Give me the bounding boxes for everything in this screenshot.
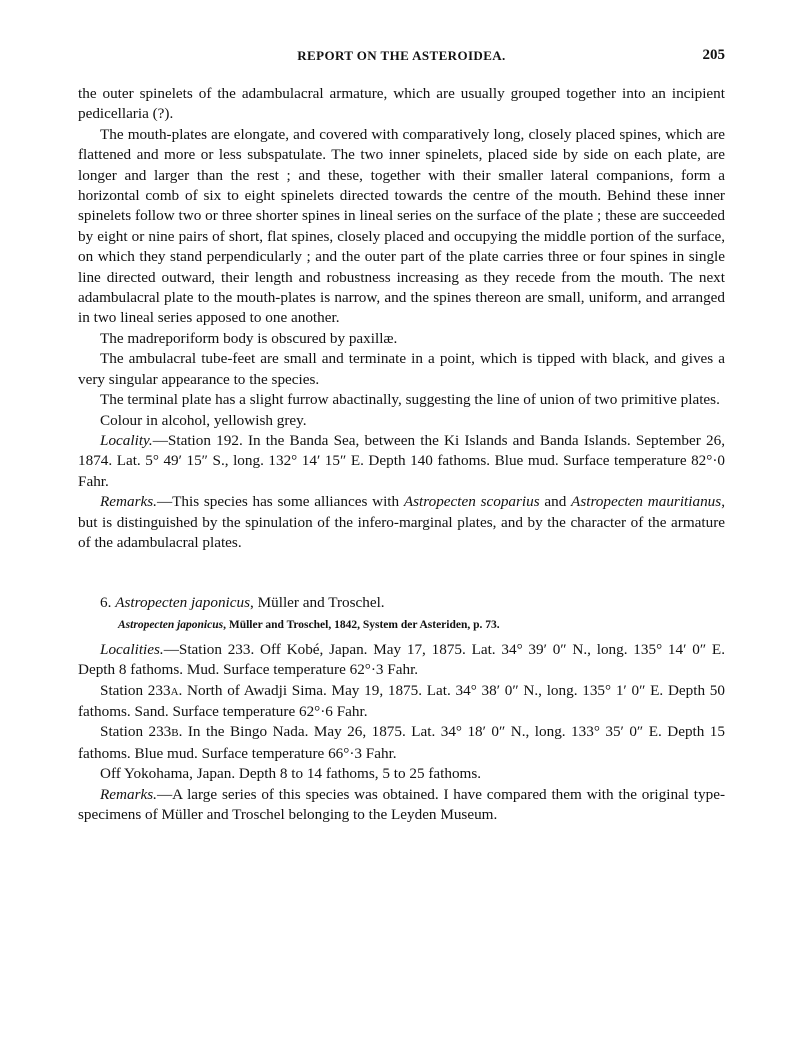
paragraph-terminal-plate: The terminal plate has a slight furrow a… <box>78 390 725 410</box>
species-number: 6. <box>100 594 111 611</box>
remarks-label: Remarks. <box>100 786 157 803</box>
paragraph-mouth-plates: The mouth-plates are elongate, and cover… <box>78 125 725 329</box>
species-title: Astropecten japonicus <box>115 594 250 611</box>
station-suffix: B <box>171 727 178 739</box>
locality-label: Locality. <box>100 432 153 449</box>
synonym-citation: , Müller and Troschel, 1842, System der … <box>223 619 500 631</box>
paragraph-remarks-japonicus: Remarks.—A large series of this species … <box>78 785 725 826</box>
station-233-text: —Station 233. Off Kobé, Japan. May 17, 1… <box>78 641 725 678</box>
running-title: REPORT ON THE ASTEROIDEA. <box>78 48 725 64</box>
running-header: REPORT ON THE ASTEROIDEA. 205 <box>78 48 725 68</box>
paragraph-madreporiform: The madreporiform body is obscured by pa… <box>78 329 725 349</box>
paragraph-continuation: the outer spinelets of the adambulacral … <box>78 84 725 125</box>
remarks-label: Remarks. <box>100 493 157 510</box>
species-heading: 6. Astropecten japonicus, Müller and Tro… <box>78 593 725 613</box>
station-suffix: A <box>171 686 179 698</box>
station-label: Station 233 <box>100 682 171 699</box>
species-name: Astropecten mauritianus <box>571 493 721 510</box>
species-authority: , Müller and Troschel. <box>250 594 385 611</box>
paragraph-localities: Localities.—Station 233. Off Kobé, Japan… <box>78 640 725 681</box>
paragraph-colour: Colour in alcohol, yellowish grey. <box>78 411 725 431</box>
remarks-text: —This species has some alliances with <box>157 493 404 510</box>
paragraph-station-233a: Station 233A. North of Awadji Sima. May … <box>78 681 725 723</box>
paragraph-station-233b: Station 233B. In the Bingo Nada. May 26,… <box>78 722 725 764</box>
paragraph-tube-feet: The ambulacral tube-feet are small and t… <box>78 349 725 390</box>
page-number: 205 <box>703 47 726 64</box>
remarks-text: and <box>540 493 571 510</box>
remarks-text: —A large series of this species was obta… <box>78 786 725 823</box>
synonymy-citation: Astropecten japonicus, Müller and Trosch… <box>78 616 725 634</box>
paragraph-locality: Locality.—Station 192. In the Banda Sea,… <box>78 431 725 492</box>
paragraph-yokohama: Off Yokohama, Japan. Depth 8 to 14 fatho… <box>78 764 725 784</box>
synonym-name: Astropecten japonicus <box>118 619 223 631</box>
species-name: Astropecten scoparius <box>404 493 540 510</box>
localities-label: Localities. <box>100 641 164 658</box>
station-label: Station 233 <box>100 723 171 740</box>
locality-text: —Station 192. In the Banda Sea, between … <box>78 432 725 490</box>
page-body: the outer spinelets of the adambulacral … <box>78 84 725 825</box>
paragraph-remarks: Remarks.—This species has some alliances… <box>78 492 725 553</box>
